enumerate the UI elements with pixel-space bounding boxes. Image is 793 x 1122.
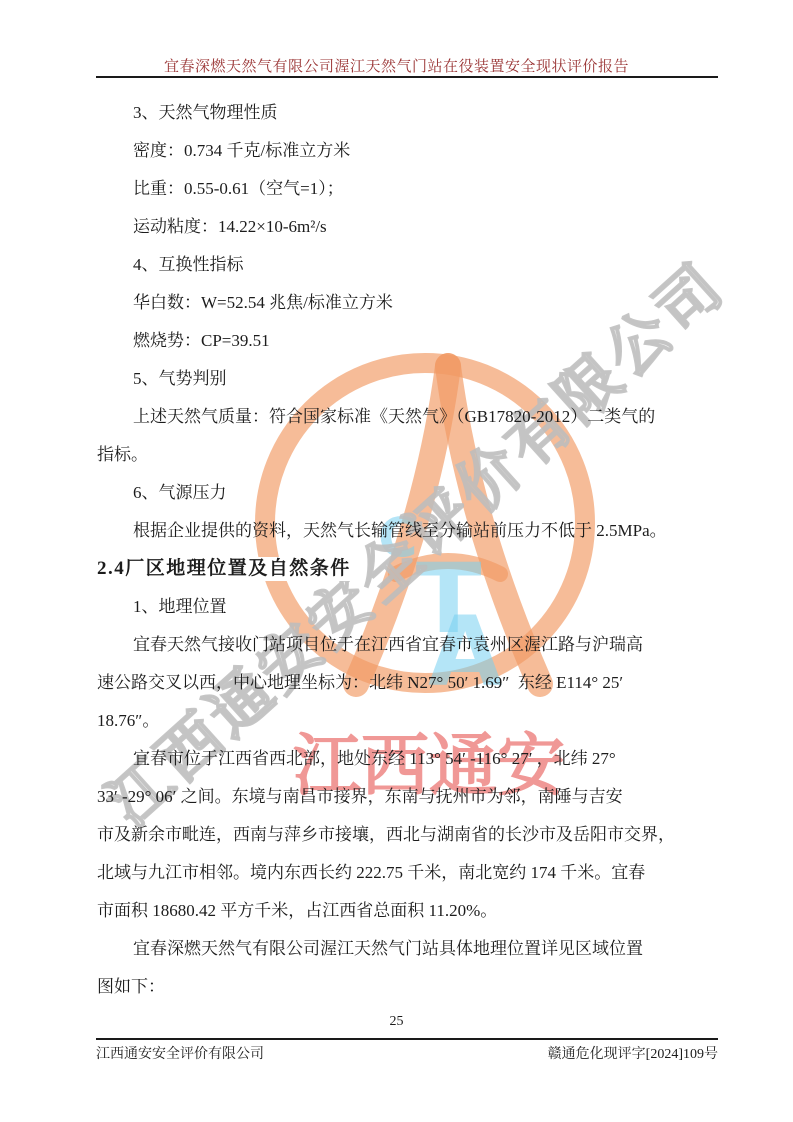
- text-line: 运动粘度：14.22×10-6m²/s: [133, 215, 327, 239]
- text-line: 密度：0.734 千克/标准立方米: [133, 139, 350, 163]
- body-text: 3、天然气物理性质密度：0.734 千克/标准立方米比重：0.55-0.61（空…: [0, 0, 793, 1122]
- header-title: 宜春深燃天然气有限公司渥江天然气门站在役装置安全现状评价报告: [0, 55, 793, 76]
- text-line: 3、天然气物理性质: [133, 101, 278, 125]
- header-rule: [96, 76, 718, 78]
- text-line: 宜春市位于江西省西北部，地处东经 113° 54′ -116° 27′ ，北纬 …: [133, 747, 616, 771]
- text-line: 5、气势判别: [133, 367, 227, 391]
- footer-document-number: 赣通危化现评字[2024]109号: [548, 1043, 718, 1063]
- text-line: 北域与九江市相邻。境内东西长约 222.75 千米，南北宽约 174 千米。宜春: [97, 861, 645, 885]
- text-line: 燃烧势：CP=39.51: [133, 329, 270, 353]
- text-line: 18.76″。: [97, 709, 159, 733]
- text-line: 上述天然气质量：符合国家标准《天然气》（GB17820-2012）二类气的: [133, 405, 655, 429]
- report-page: C T A 江西通安安全评价有限公司 江西通安 宜春深燃天然气有限公司渥江天然气…: [0, 0, 793, 1122]
- text-line: 4、互换性指标: [133, 253, 244, 277]
- text-line: 华白数：W=52.54 兆焦/标准立方米: [133, 291, 393, 315]
- section-heading: 2.4厂区地理位置及自然条件: [97, 557, 359, 581]
- text-line: 指标。: [97, 443, 148, 467]
- text-line: 速公路交叉以西，中心地理坐标为：北纬 N27° 50′ 1.69″ 东经 E11…: [97, 671, 623, 695]
- text-line: 宜春天然气接收门站项目位于在江西省宜春市袁州区渥江路与沪瑞高: [133, 633, 643, 657]
- text-line: 33′ -29° 06′ 之间。东境与南昌市接界，东南与抚州市为邻，南陲与吉安: [97, 785, 623, 809]
- text-line: 宜春深燃天然气有限公司渥江天然气门站具体地理位置详见区域位置: [133, 937, 643, 961]
- footer-rule: [96, 1038, 718, 1040]
- text-line: 图如下：: [97, 975, 165, 999]
- text-line: 市面积 18680.42 平方千米，占江西省总面积 11.20%。: [97, 899, 497, 923]
- text-line: 6、气源压力: [133, 481, 227, 505]
- text-line: 根据企业提供的资料，天然气长输管线至分输站前压力不低于 2.5MPa。: [133, 519, 667, 543]
- text-line: 比重：0.55-0.61（空气=1）；: [133, 177, 344, 201]
- text-line: 1、地理位置: [133, 595, 235, 619]
- footer-company-name: 江西通安安全评价有限公司: [96, 1043, 264, 1063]
- text-line: 市及新余市毗连，西南与萍乡市接壤，西北与湖南省的长沙市及岳阳市交界，: [97, 823, 675, 847]
- page-number: 25: [0, 1014, 793, 1030]
